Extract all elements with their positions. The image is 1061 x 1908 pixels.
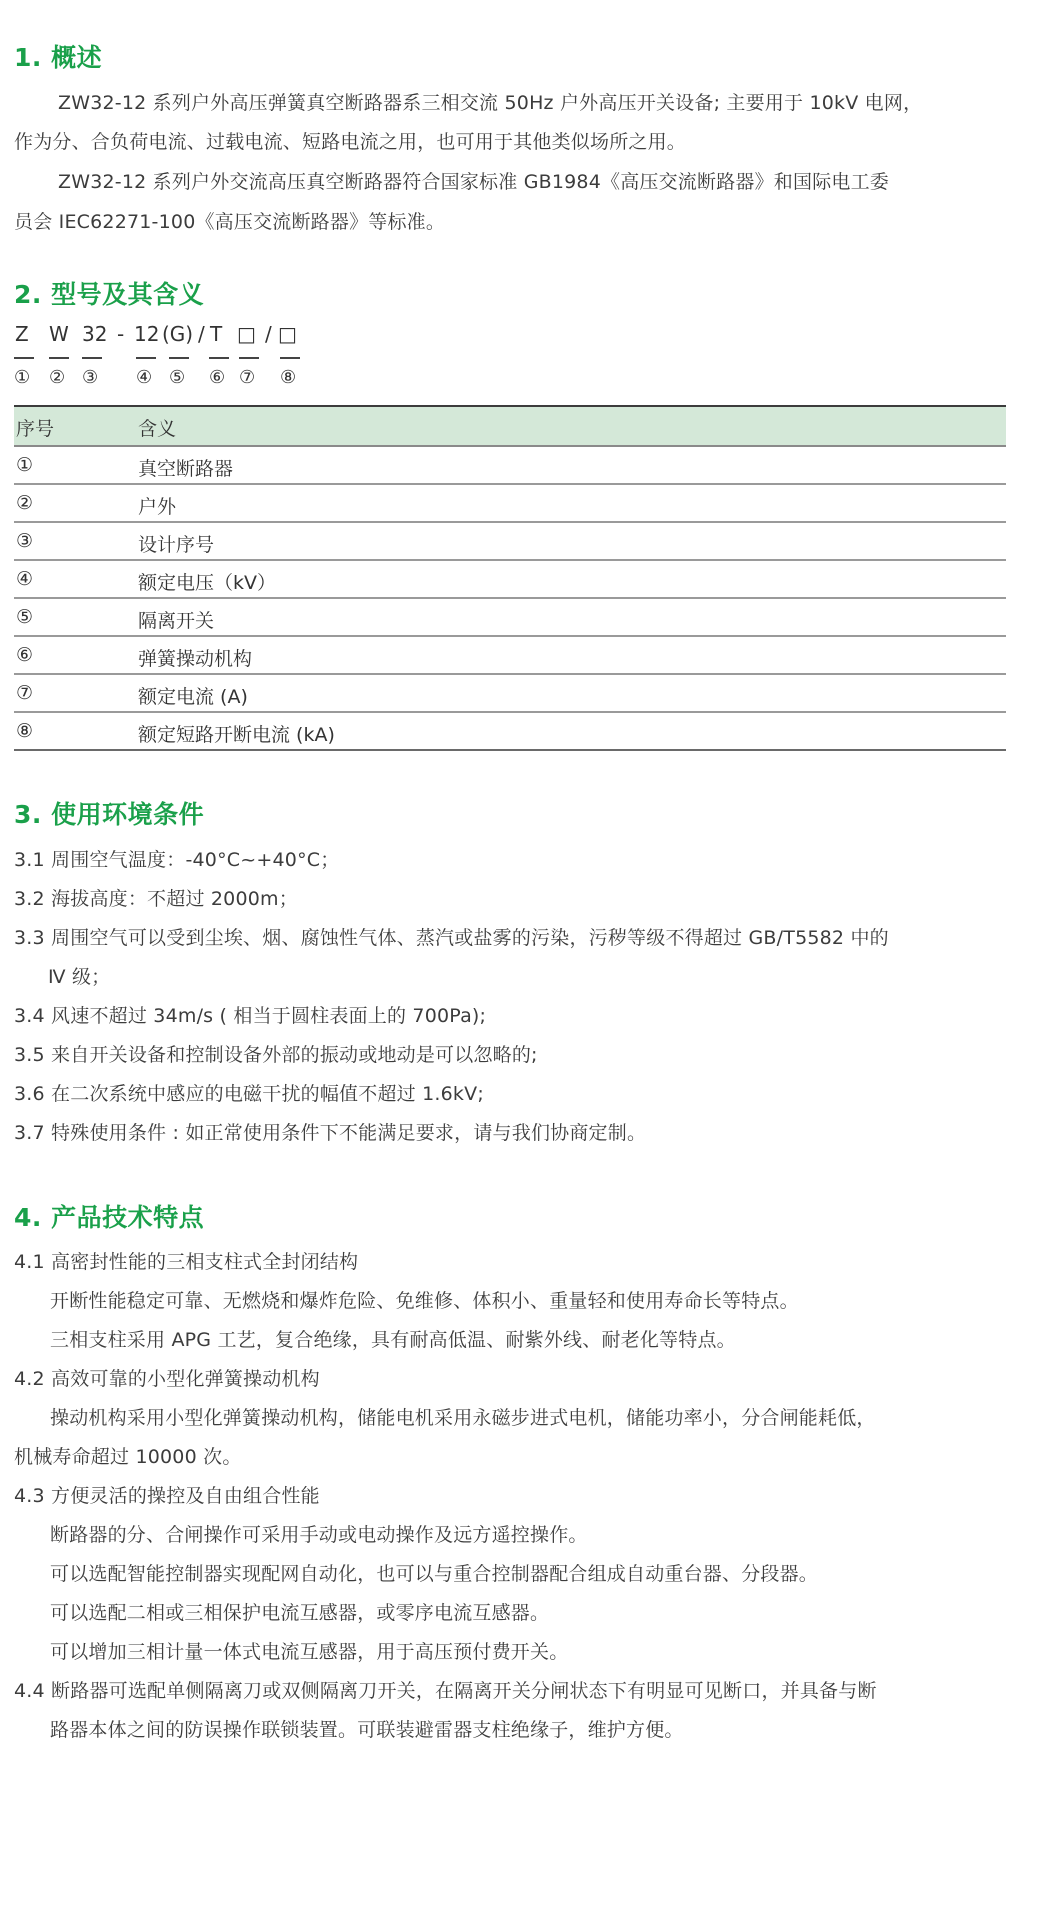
feature-4-3-desc-3: 可以选配二相或三相保护电流互感器，或零序电流互感器。 <box>50 1598 549 1625</box>
condition-3-6: 3.6 在二次系统中感应的电磁干扰的幅值不超过 1.6kV; <box>14 1079 484 1106</box>
code-number-8: ⑧ <box>280 367 296 388</box>
code-part-12: 12 <box>134 322 159 346</box>
section-1-heading: 1. 概述 <box>14 38 102 74</box>
feature-4-3-desc-1: 断路器的分、合闸操作可采用手动或电动操作及远方遥控操作。 <box>50 1520 588 1547</box>
table-row: ④ 额定电压（kV） <box>14 561 1006 599</box>
section-3-heading: 3. 使用环境条件 <box>14 795 204 831</box>
code-number-2: ② <box>49 367 65 388</box>
code-number-1: ① <box>14 367 30 388</box>
cell-meaning: 隔离开关 <box>138 606 214 633</box>
cell-index: ⑤ <box>16 606 33 628</box>
underline <box>280 357 300 359</box>
code-part-t: T <box>210 322 222 346</box>
cell-index: ① <box>16 454 33 476</box>
underline <box>169 357 189 359</box>
feature-4-1: 4.1 高密封性能的三相支柱式全封闭结构 <box>14 1247 358 1274</box>
header-index: 序号 <box>16 414 54 441</box>
condition-3-3-cont: Ⅳ 级； <box>48 962 110 989</box>
feature-4-3-desc-4: 可以增加三相计量一体式电流互感器，用于高压预付费开关。 <box>50 1637 568 1664</box>
underline <box>49 357 69 359</box>
section-2-heading: 2. 型号及其含义 <box>14 275 204 311</box>
cell-meaning: 额定短路开断电流 (kA) <box>138 720 335 747</box>
feature-4-3-desc-2: 可以选配智能控制器实现配网自动化，也可以与重合控制器配合组成自动重台器、分段器。 <box>50 1559 818 1586</box>
feature-4-3: 4.3 方便灵活的操控及自由组合性能 <box>14 1481 320 1508</box>
code-part-slash-1: / <box>198 322 205 346</box>
code-part-32: 32 <box>82 322 107 346</box>
cell-meaning: 真空断路器 <box>138 454 233 481</box>
code-part-g: (G) <box>162 322 193 346</box>
cell-index: ③ <box>16 530 33 552</box>
underline <box>209 357 229 359</box>
condition-3-5: 3.5 来自开关设备和控制设备外部的振动或地动是可以忽略的; <box>14 1040 538 1067</box>
feature-4-2: 4.2 高效可靠的小型化弹簧操动机构 <box>14 1364 320 1391</box>
model-meaning-table: 序号 含义 ① 真空断路器 ② 户外 ③ 设计序号 ④ 额定电压（kV） ⑤ 隔… <box>14 405 1006 751</box>
cell-meaning: 额定电流 (A) <box>138 682 248 709</box>
model-code-diagram: Z W 32 - 12 (G) / T □ / □ ① ② ③ ④ ⑤ ⑥ ⑦ … <box>14 322 334 402</box>
code-number-7: ⑦ <box>239 367 255 388</box>
code-part-w: W <box>49 322 69 346</box>
condition-3-7: 3.7 特殊使用条件 : 如正常使用条件下不能满足要求，请与我们协商定制。 <box>14 1118 646 1145</box>
underline <box>136 357 156 359</box>
overview-line-4: 员会 IEC62271-100《高压交流断路器》等标准。 <box>14 207 445 234</box>
underline <box>239 357 259 359</box>
cell-index: ⑧ <box>16 720 33 742</box>
cell-index: ⑥ <box>16 644 33 666</box>
feature-4-2-desc-1: 操动机构采用小型化弹簧操动机构，储能电机采用永磁步进式电机，储能功率小，分合闸能… <box>50 1403 876 1430</box>
cell-meaning: 户外 <box>138 492 176 519</box>
table-row: ② 户外 <box>14 485 1006 523</box>
overview-line-1: ZW32-12 系列户外高压弹簧真空断路器系三相交流 50Hz 户外高压开关设备… <box>58 88 922 115</box>
condition-3-2: 3.2 海拔高度：不超过 2000m； <box>14 884 298 911</box>
condition-3-1: 3.1 周围空气温度：-40°C~+40°C； <box>14 845 339 872</box>
underline <box>14 357 34 359</box>
code-part-box-1: □ <box>237 322 256 346</box>
table-header: 序号 含义 <box>14 405 1006 447</box>
header-meaning: 含义 <box>138 414 176 441</box>
feature-4-4: 4.4 断路器可选配单侧隔离刀或双侧隔离刀开关，在隔离开关分闸状态下有明显可见断… <box>14 1676 877 1703</box>
table-row: ③ 设计序号 <box>14 523 1006 561</box>
underline <box>82 357 102 359</box>
section-4-heading: 4. 产品技术特点 <box>14 1198 204 1234</box>
cell-index: ② <box>16 492 33 514</box>
code-part-box-2: □ <box>278 322 297 346</box>
table-row: ① 真空断路器 <box>14 447 1006 485</box>
feature-4-2-desc-2: 机械寿命超过 10000 次。 <box>14 1442 242 1469</box>
code-number-6: ⑥ <box>209 367 225 388</box>
cell-meaning: 设计序号 <box>138 530 214 557</box>
code-number-4: ④ <box>136 367 152 388</box>
code-part-z: Z <box>15 322 29 346</box>
code-number-5: ⑤ <box>169 367 185 388</box>
code-part-slash-2: / <box>265 322 272 346</box>
code-part-dash: - <box>117 322 124 346</box>
cell-index: ⑦ <box>16 682 33 704</box>
condition-3-4: 3.4 风速不超过 34m/s ( 相当于圆柱表面上的 700Pa); <box>14 1001 486 1028</box>
overview-line-2: 作为分、合负荷电流、过载电流、短路电流之用，也可用于其他类似场所之用。 <box>14 127 686 154</box>
cell-meaning: 额定电压（kV） <box>138 568 276 595</box>
overview-line-3: ZW32-12 系列户外交流高压真空断路器符合国家标准 GB1984《高压交流断… <box>58 167 889 194</box>
cell-meaning: 弹簧操动机构 <box>138 644 252 671</box>
feature-4-1-desc-1: 开断性能稳定可靠、无燃烧和爆炸危险、免维修、体积小、重量轻和使用寿命长等特点。 <box>50 1286 799 1313</box>
table-row: ⑤ 隔离开关 <box>14 599 1006 637</box>
cell-index: ④ <box>16 568 33 590</box>
feature-4-4-cont: 路器本体之间的防误操作联锁装置。可联装避雷器支柱绝缘子，维护方便。 <box>50 1715 684 1742</box>
table-row: ⑧ 额定短路开断电流 (kA) <box>14 713 1006 751</box>
condition-3-3: 3.3 周围空气可以受到尘埃、烟、腐蚀性气体、蒸汽或盐雾的污染，污秽等级不得超过… <box>14 923 889 950</box>
table-row: ⑥ 弹簧操动机构 <box>14 637 1006 675</box>
feature-4-1-desc-2: 三相支柱采用 APG 工艺，复合绝缘，具有耐高低温、耐紫外线、耐老化等特点。 <box>50 1325 736 1352</box>
table-row: ⑦ 额定电流 (A) <box>14 675 1006 713</box>
code-number-3: ③ <box>82 367 98 388</box>
